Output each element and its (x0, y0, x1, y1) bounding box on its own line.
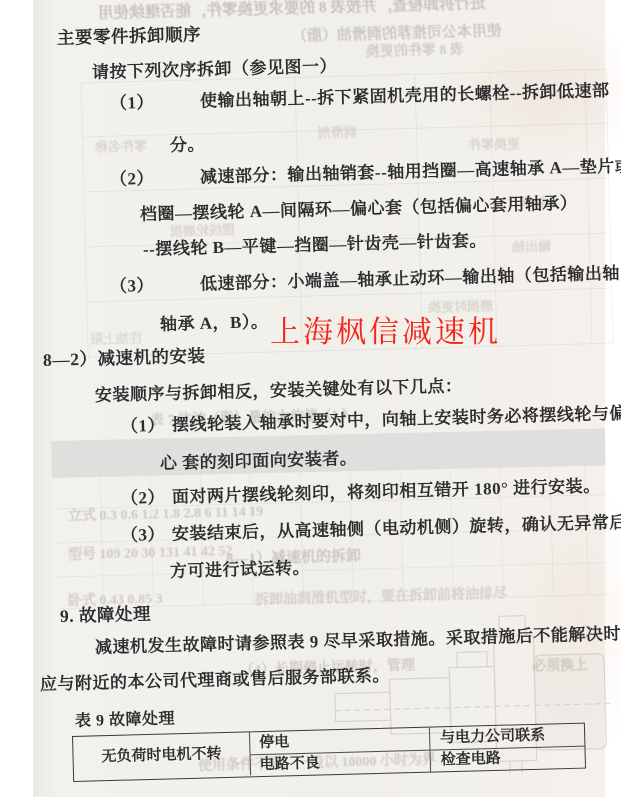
item-marker: （2） (110, 169, 154, 189)
table-rows: 停电 与电力公司联系 电路不良 检查电路 (250, 724, 585, 777)
table-cell-cause: 电路不良 (251, 751, 431, 777)
bleedthrough-text: 润滑剂 (318, 125, 357, 139)
bleedthrough-text: 必须换上 (532, 659, 588, 674)
item-marker: （2） (121, 488, 165, 508)
doc-title: 主要零件拆卸顺序 (57, 26, 201, 47)
watermark: 上海枫信减速机 (270, 307, 501, 351)
table-cell-remedy: 与电力公司联系 (430, 724, 585, 750)
table-cell-remedy: 检查电路 (431, 747, 585, 772)
table-caption: 表 9 故障处理 (75, 711, 175, 730)
troubleshooting-heading: 9. 故障处理 (60, 606, 151, 626)
install-item-3-cont: 方可进行试运转。 (170, 559, 310, 580)
bleedthrough-text: 摆线轮磨损 (170, 223, 235, 238)
item-marker: （3） (110, 276, 154, 296)
item-marker: （3） (121, 525, 165, 545)
bleedthrough-text: 输出轴 (512, 239, 551, 253)
table-cell-symptom: 无负荷时电机不转 (73, 732, 251, 780)
install-heading: 8—2）减速机的安装 (43, 348, 206, 370)
bleedthrough-text: 更换零件 (468, 137, 520, 151)
bleedthrough-text: 零件名称 (95, 139, 147, 153)
item-marker: （1） (121, 416, 165, 436)
bleedthrough-text: 表 8 零件的更换 (366, 44, 464, 61)
disassembly-item-1-cont: 分。 (170, 136, 205, 154)
disassembly-item-3-cont: 轴承 A，B）。 (160, 313, 269, 333)
item-marker: （1） (110, 93, 154, 113)
bleedthrough-text: 注油上限 (90, 331, 142, 345)
scanned-page: { "doc": { "title": "主要零件拆卸顺序", "intro":… (0, 0, 621, 797)
